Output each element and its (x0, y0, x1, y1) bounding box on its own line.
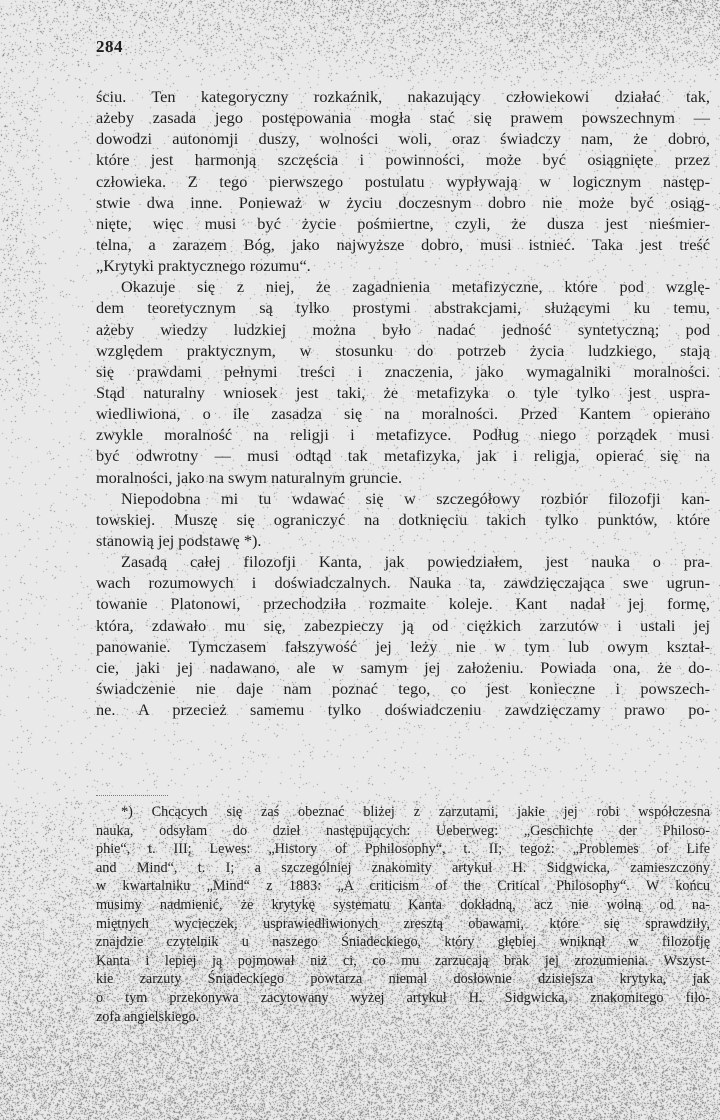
footnote: *) Chcących się zaś obeznać bliżej z zar… (96, 803, 710, 1026)
text-line: towskiej. Muszę się ograniczyć na dotkni… (96, 509, 710, 530)
footnote-line: nauka, odsyłam do dzieł następujących: U… (96, 822, 710, 841)
footnote-separator (96, 795, 168, 796)
text-line: Niepodobna mi tu wdawać się w szczegółow… (96, 488, 710, 509)
text-line: dowodzi autonomji duszy, wolności woli, … (96, 128, 710, 149)
text-line: być odwrotny — musi odtąd tak metafizyka… (96, 445, 710, 466)
text-line: ażeby zasada jego postępowania mogła sta… (96, 107, 710, 128)
text-line: zwykle moralność na religji i metafizyce… (96, 424, 710, 445)
text-line: wiedliwiona, o ile zasadza się na moraln… (96, 403, 710, 424)
footnote-line: zofa angielskiego. (96, 1008, 710, 1027)
footnote-line: and Mind“, t. I; a szczególniej znakomit… (96, 859, 710, 878)
text-line: które jest harmonją szczęścia i powinnoś… (96, 149, 710, 170)
text-line: stwie dwa inne. Ponieważ w życiu doczesn… (96, 192, 710, 213)
footnote-line: znajdzie czytelnik u naszego Śniadeckieg… (96, 933, 710, 952)
text-line: moralności, jako na swym naturalnym grun… (96, 467, 710, 488)
text-line: świadczenie nie daje nam poznać tego, co… (96, 678, 710, 699)
text-line: względem praktycznym, w stosunku do potr… (96, 340, 710, 361)
main-text-body: ściu. Ten kategoryczny rozkaźnik, nakazu… (96, 86, 710, 720)
text-line: stanowią jej podstawę *). (96, 530, 710, 551)
footnote-line: *) Chcących się zaś obeznać bliżej z zar… (96, 803, 710, 822)
footnote-line: o tym przekonywa zacytowany wyżej artyku… (96, 989, 710, 1008)
footnote-line: Kanta i lepiej ją pojmował niż ci, co mu… (96, 952, 710, 971)
text-line: dem teoretycznym są tylko prostymi abstr… (96, 297, 710, 318)
text-line: ażeby wiedzy ludzkiej można było nadać j… (96, 319, 710, 340)
text-line: Okazuje się z niej, że zagadnienia metaf… (96, 276, 710, 297)
text-line: wach rozumowych i doświadczalnych. Nauka… (96, 572, 710, 593)
text-line: która, zdawało mu się, zabezpieczy ją od… (96, 615, 710, 636)
text-line: „Krytyki praktycznego rozumu“. (96, 255, 710, 276)
text-line: Zasadą całej filozofji Kanta, jak powied… (96, 551, 710, 572)
text-line: Stąd naturalny wniosek jest taki, że met… (96, 382, 710, 403)
text-line: się prawdami pełnymi treści i znaczenia,… (96, 361, 710, 382)
footnote-line: phie“, t. III; Lewes: „History of Pphilo… (96, 840, 710, 859)
footnote-line: kie zarzuty Śniadeckiego powtarza niemal… (96, 970, 710, 989)
text-line: panowanie. Tymczasem fałszywość jej leży… (96, 636, 710, 657)
footnote-line: musimy nadmienić, że krytykę systematu K… (96, 896, 710, 915)
text-line: człowieka. Z tego pierwszego postulatu w… (96, 171, 710, 192)
text-line: ściu. Ten kategoryczny rozkaźnik, nakazu… (96, 86, 710, 107)
footnote-line: w kwartalniku „Mind“ z 1883: „A criticis… (96, 877, 710, 896)
text-line: towanie Platonowi, przechodziła rozmaite… (96, 593, 710, 614)
text-line: ne. A przecież samemu tylko doświadczeni… (96, 699, 710, 720)
footnote-line: miętnych wycieczek, usprawiedliwionych z… (96, 915, 710, 934)
page-number: 284 (96, 37, 123, 57)
text-line: nięte, więc musi być życie pośmiertne, c… (96, 213, 710, 234)
text-line: telna, a zarazem Bóg, jako najwyższe dob… (96, 234, 710, 255)
text-line: cie, jaki jej nadawano, ale w samym jej … (96, 657, 710, 678)
